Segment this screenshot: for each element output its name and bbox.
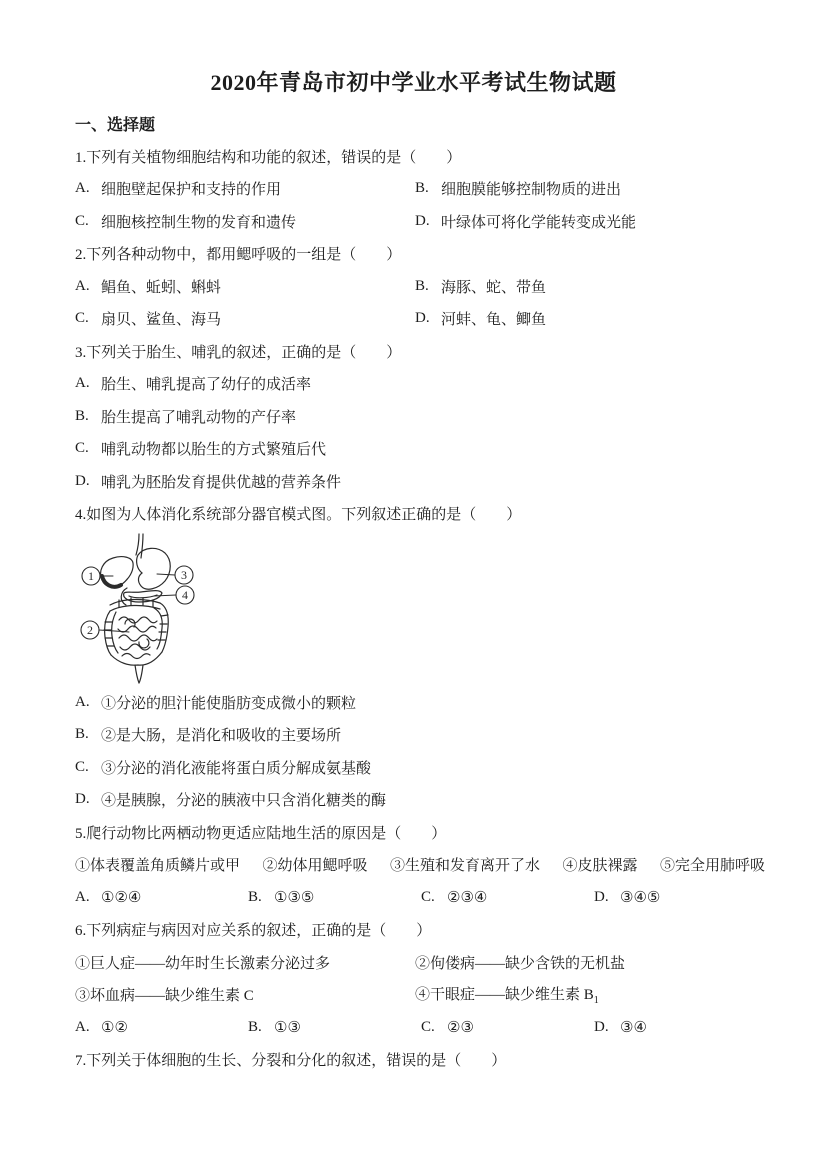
option-text: ②是大肠，是消化和吸收的主要场所 <box>101 724 341 745</box>
question-6-stem: 6.下列病症与病因对应关系的叙述，正确的是（ ） <box>75 914 767 947</box>
option-text: 细胞核控制生物的发育和遗传 <box>101 211 296 232</box>
intestines-shape <box>104 598 168 665</box>
option-text: ②③ <box>447 1018 474 1037</box>
option-letter: A. <box>75 1019 101 1036</box>
option-text: ③分泌的消化液能将蛋白质分解成氨基酸 <box>101 757 371 778</box>
question-6-option-b: B.①③ <box>248 1018 421 1037</box>
option-text: ①③ <box>274 1018 301 1037</box>
option-letter: D. <box>415 310 441 327</box>
question-1-option-d: D.叶绿体可将化学能转变成光能 <box>415 211 767 232</box>
option-letter: A. <box>75 694 101 711</box>
question-2-options-row-1: A.鲳鱼、蚯蚓、蝌蚪 B.海豚、蛇、带鱼 <box>75 270 767 303</box>
question-3-stem: 3.下列关于胎生、哺乳的叙述，正确的是（ ） <box>75 335 767 368</box>
option-text: ③④ <box>620 1018 647 1037</box>
option-letter: B. <box>415 278 441 295</box>
question-1-stem: 1.下列有关植物细胞结构和功能的叙述，错误的是（ ） <box>75 140 767 173</box>
question-3-option-d: D.哺乳为胚胎发育提供优越的营养条件 <box>75 465 767 498</box>
question-2-stem: 2.下列各种动物中，都用鳃呼吸的一组是（ ） <box>75 238 767 271</box>
option-letter: B. <box>248 889 274 906</box>
question-4-option-c: C.③分泌的消化液能将蛋白质分解成氨基酸 <box>75 751 767 784</box>
option-letter: D. <box>594 889 620 906</box>
option-letter: C. <box>75 759 101 776</box>
option-letter: B. <box>415 180 441 197</box>
option-text: ④是胰腺，分泌的胰液中只含消化糖类的酶 <box>101 789 386 810</box>
option-text: 哺乳动物都以胎生的方式繁殖后代 <box>101 438 326 459</box>
digestive-system-drawing: 1 3 4 2 <box>77 532 277 684</box>
option-text: 叶绿体可将化学能转变成光能 <box>441 211 636 232</box>
numbered-item: ④干眼症——缺少维生素 B1 <box>415 983 767 1006</box>
question-2-option-c: C.扇贝、鲨鱼、海马 <box>75 308 415 329</box>
label-4-digit: 4 <box>182 588 188 602</box>
option-text: ①分泌的胆汁能使脂肪变成微小的颗粒 <box>101 692 356 713</box>
option-letter: C. <box>75 213 101 230</box>
question-1-option-c: C.细胞核控制生物的发育和遗传 <box>75 211 415 232</box>
exam-paper-page: 2020年青岛市初中学业水平考试生物试题 一、选择题 1.下列有关植物细胞结构和… <box>0 0 827 1169</box>
question-1-options-row-1: A.细胞壁起保护和支持的作用 B.细胞膜能够控制物质的进出 <box>75 173 767 206</box>
section-heading: 一、选择题 <box>75 114 155 138</box>
option-text: 胎生提高了哺乳动物的产仔率 <box>101 406 296 427</box>
question-5-stem: 5.爬行动物比两栖动物更适应陆地生活的原因是（ ） <box>75 816 767 849</box>
question-4-option-a: A.①分泌的胆汁能使脂肪变成微小的颗粒 <box>75 686 767 719</box>
question-2-option-d: D.河蚌、龟、鲫鱼 <box>415 308 767 329</box>
question-6-option-d: D.③④ <box>594 1018 767 1037</box>
option-text: 海豚、蛇、带鱼 <box>441 276 546 297</box>
question-6-option-c: C.②③ <box>421 1018 594 1037</box>
option-text: 鲳鱼、蚯蚓、蝌蚪 <box>101 276 221 297</box>
question-5-option-d: D.③④⑤ <box>594 888 767 907</box>
question-5-options-row: A.①②④ B.①③⑤ C.②③④ D.③④⑤ <box>75 881 767 914</box>
option-letter: C. <box>75 440 101 457</box>
question-6-options-row: A.①② B.①③ C.②③ D.③④ <box>75 1011 767 1044</box>
option-letter: A. <box>75 180 101 197</box>
digestive-system-diagram: 1 3 4 2 <box>75 530 767 686</box>
vitamin-subscript: 1 <box>594 995 599 1006</box>
option-letter: B. <box>75 408 101 425</box>
option-text: ①③⑤ <box>274 888 314 907</box>
page-title: 2020年青岛市初中学业水平考试生物试题 <box>0 68 827 98</box>
option-text: ①② <box>101 1018 128 1037</box>
option-letter: C. <box>421 1019 447 1036</box>
label-2-digit: 2 <box>87 623 93 637</box>
numbered-item: ④皮肤裸露 <box>562 854 637 875</box>
option-letter: C. <box>421 889 447 906</box>
question-5-items: ①体表覆盖角质鳞片或甲 ②幼体用鳃呼吸 ③生殖和发育离开了水 ④皮肤裸露 ⑤完全… <box>75 849 767 882</box>
question-3-option-b: B.胎生提高了哺乳动物的产仔率 <box>75 400 767 433</box>
option-text: 细胞膜能够控制物质的进出 <box>441 178 621 199</box>
question-2-options-row-2: C.扇贝、鲨鱼、海马 D.河蚌、龟、鲫鱼 <box>75 303 767 336</box>
option-text: 扇贝、鲨鱼、海马 <box>101 308 221 329</box>
question-6-items-row-2: ③坏血病——缺少维生素 C ④干眼症——缺少维生素 B1 <box>75 979 767 1012</box>
option-letter: C. <box>75 310 101 327</box>
question-1-options-row-2: C.细胞核控制生物的发育和遗传 D.叶绿体可将化学能转变成光能 <box>75 205 767 238</box>
question-5-option-a: A.①②④ <box>75 888 248 907</box>
question-1-option-b: B.细胞膜能够控制物质的进出 <box>415 178 767 199</box>
option-letter: A. <box>75 889 101 906</box>
question-6-option-a: A.①② <box>75 1018 248 1037</box>
numbered-item: ②幼体用鳃呼吸 <box>262 854 367 875</box>
label-3-digit: 3 <box>181 568 187 582</box>
option-text: ③④⑤ <box>620 888 660 907</box>
question-7-stem: 7.下列关于体细胞的生长、分裂和分化的叙述，错误的是（ ） <box>75 1044 767 1077</box>
question-2-option-a: A.鲳鱼、蚯蚓、蝌蚪 <box>75 276 415 297</box>
option-text: 哺乳为胚胎发育提供优越的营养条件 <box>101 471 341 492</box>
pancreas-shape <box>121 588 162 605</box>
numbered-item: ①巨人症——幼年时生长激素分泌过多 <box>75 952 415 973</box>
numbered-item: ①体表覆盖角质鳞片或甲 <box>75 854 240 875</box>
option-letter: A. <box>75 375 101 392</box>
numbered-item: ③生殖和发育离开了水 <box>390 854 540 875</box>
questions-list: 1.下列有关植物细胞结构和功能的叙述，错误的是（ ） A.细胞壁起保护和支持的作… <box>75 140 767 1076</box>
option-text: 胎生、哺乳提高了幼仔的成活率 <box>101 373 311 394</box>
option-letter: B. <box>75 726 101 743</box>
option-letter: D. <box>415 213 441 230</box>
question-3-option-a: A.胎生、哺乳提高了幼仔的成活率 <box>75 368 767 401</box>
question-4-option-d: D.④是胰腺，分泌的胰液中只含消化糖类的酶 <box>75 784 767 817</box>
question-4-stem: 4.如图为人体消化系统部分器官模式图。下列叙述正确的是（ ） <box>75 498 767 531</box>
label-1-digit: 1 <box>88 569 94 583</box>
question-4-option-b: B.②是大肠，是消化和吸收的主要场所 <box>75 719 767 752</box>
numbered-item: ③坏血病——缺少维生素 C <box>75 984 415 1005</box>
option-letter: D. <box>75 791 101 808</box>
question-1-option-a: A.细胞壁起保护和支持的作用 <box>75 178 415 199</box>
liver-shape <box>101 557 134 588</box>
question-5-option-b: B.①③⑤ <box>248 888 421 907</box>
rectum-shape <box>135 665 143 683</box>
option-letter: D. <box>594 1019 620 1036</box>
option-text: ②③④ <box>447 888 487 907</box>
option-text: 河蚌、龟、鲫鱼 <box>441 308 546 329</box>
option-letter: D. <box>75 473 101 490</box>
question-5-option-c: C.②③④ <box>421 888 594 907</box>
question-6-items-row-1: ①巨人症——幼年时生长激素分泌过多 ②佝偻病——缺少含铁的无机盐 <box>75 946 767 979</box>
numbered-item: ②佝偻病——缺少含铁的无机盐 <box>415 952 767 973</box>
option-text: ①②④ <box>101 888 141 907</box>
esophagus-shape <box>136 534 143 558</box>
option-text: 细胞壁起保护和支持的作用 <box>101 178 281 199</box>
question-2-option-b: B.海豚、蛇、带鱼 <box>415 276 767 297</box>
numbered-item: ⑤完全用肺呼吸 <box>660 854 765 875</box>
option-letter: B. <box>248 1019 274 1036</box>
option-letter: A. <box>75 278 101 295</box>
question-3-option-c: C.哺乳动物都以胎生的方式繁殖后代 <box>75 433 767 466</box>
